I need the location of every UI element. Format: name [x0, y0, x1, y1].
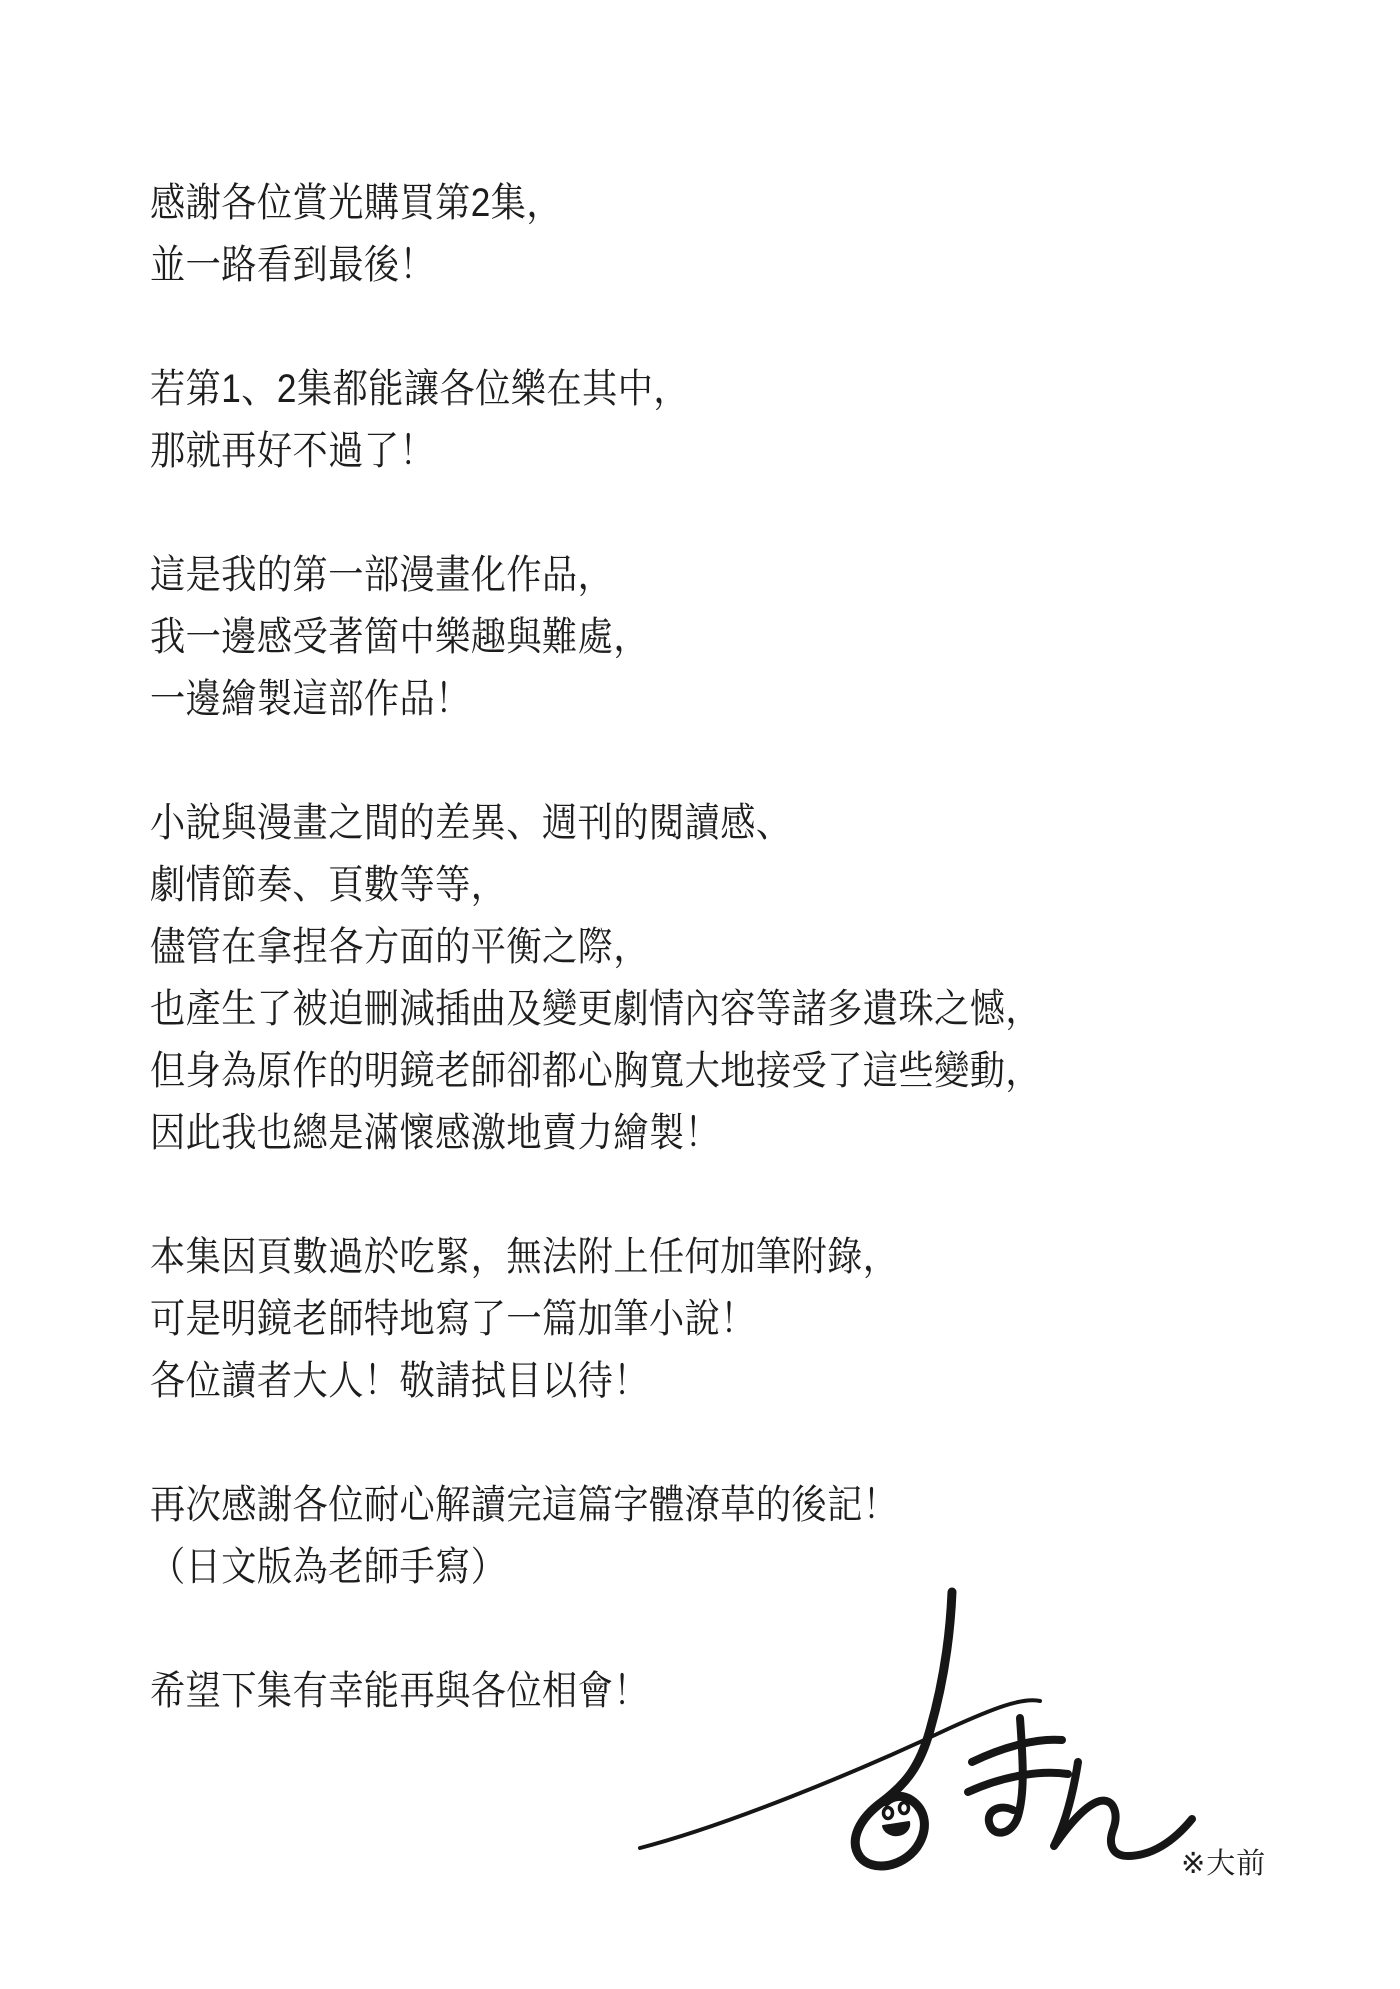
text-line: 也產生了被迫刪減插曲及變更劇情內容等諸多遺珠之憾， — [150, 978, 1041, 1040]
paragraph-3: 這是我的第一部漫畫化作品， 我一邊感受著箇中樂趣與難處， 一邊繪製這部作品！ — [150, 544, 1041, 730]
text-line: 各位讀者大人！敬請拭目以待！ — [150, 1350, 1041, 1412]
text-line: 本集因頁數過於吃緊，無法附上任何加筆附錄， — [150, 1226, 1041, 1288]
text-line: 劇情節奏、頁數等等， — [150, 854, 1041, 916]
signature-caption: ※大前 — [1181, 1841, 1266, 1882]
text-line: 儘管在拿捏各方面的平衡之際， — [150, 916, 1041, 978]
afterword-text-column: 感謝各位賞光購買第2集， 並一路看到最後！ 若第1、2集都能讓各位樂在其中， 那… — [150, 172, 1041, 1784]
text-line: 一邊繪製這部作品！ — [150, 668, 1041, 730]
afterword-page: 感謝各位賞光購買第2集， 並一路看到最後！ 若第1、2集都能讓各位樂在其中， 那… — [0, 0, 1400, 1989]
text-line: 小說與漫畫之間的差異、週刊的閱讀感、 — [150, 792, 1041, 854]
paragraph-1: 感謝各位賞光購買第2集， 並一路看到最後！ — [150, 172, 1041, 296]
text-line: 可是明鏡老師特地寫了一篇加筆小說！ — [150, 1288, 1041, 1350]
text-line: 若第1、2集都能讓各位樂在其中， — [150, 358, 1041, 420]
text-line: 但身為原作的明鏡老師卻都心胸寬大地接受了這些變動， — [150, 1040, 1041, 1102]
text-line: 因此我也總是滿懷感激地賣力繪製！ — [150, 1102, 1041, 1164]
paragraph-4: 小說與漫畫之間的差異、週刊的閱讀感、 劇情節奏、頁數等等， 儘管在拿捏各方面的平… — [150, 792, 1041, 1164]
text-line: 再次感謝各位耐心解讀完這篇字體潦草的後記！ — [150, 1474, 1041, 1536]
text-line: 並一路看到最後！ — [150, 234, 1041, 296]
text-line: 那就再好不過了！ — [150, 420, 1041, 482]
text-line: 我一邊感受著箇中樂趣與難處， — [150, 606, 1041, 668]
paragraph-5: 本集因頁數過於吃緊，無法附上任何加筆附錄， 可是明鏡老師特地寫了一篇加筆小說！ … — [150, 1226, 1041, 1412]
signature-handwriting-icon — [620, 1570, 1210, 1900]
text-line: 感謝各位賞光購買第2集， — [150, 172, 1041, 234]
paragraph-2: 若第1、2集都能讓各位樂在其中， 那就再好不過了！ — [150, 358, 1041, 482]
author-signature — [620, 1570, 1210, 1900]
text-line: 這是我的第一部漫畫化作品， — [150, 544, 1041, 606]
